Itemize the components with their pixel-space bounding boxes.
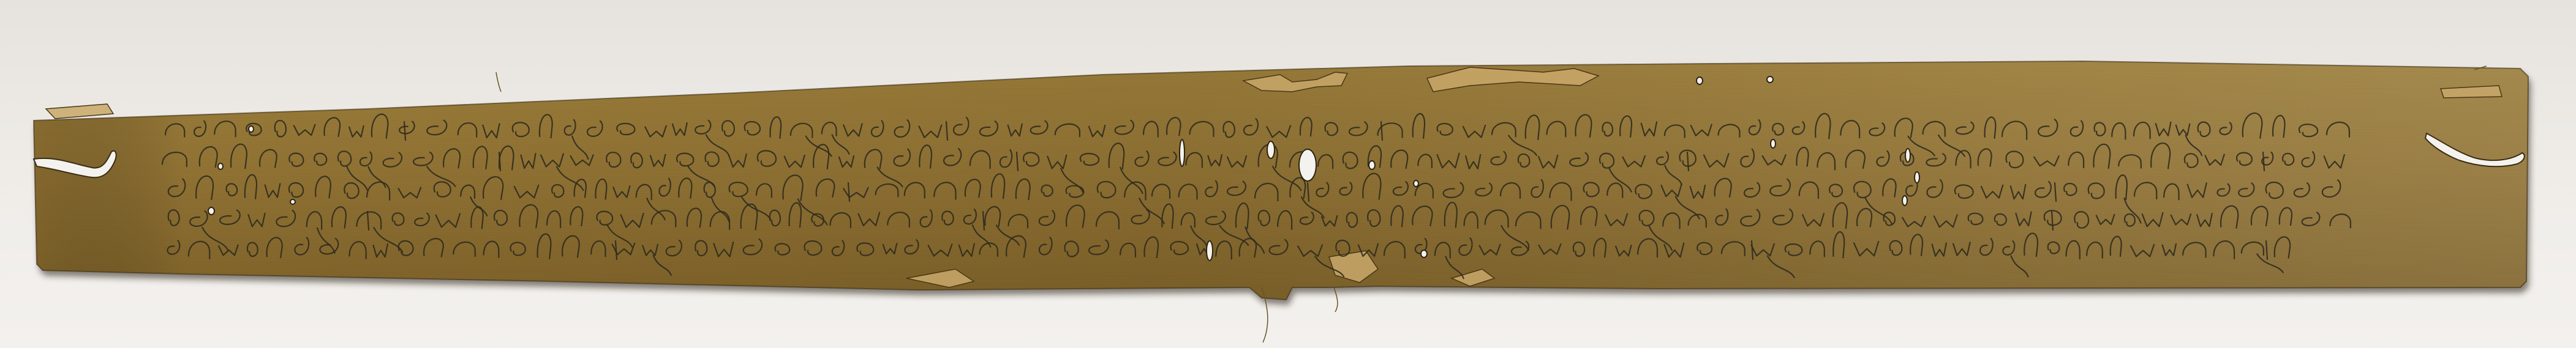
insect-hole [1771,139,1776,148]
insect-hole [1767,76,1773,83]
loose-fiber [496,72,501,92]
insect-hole [218,163,223,169]
insect-hole [1207,241,1213,261]
insect-hole [208,207,214,215]
damage-patch [46,104,113,119]
insect-hole [1421,250,1427,257]
insect-hole [1414,180,1418,187]
insect-hole [1915,172,1919,183]
manuscript-scene [0,0,2576,348]
insect-hole [1697,77,1703,84]
insect-hole [1902,196,1907,205]
insect-hole [1267,141,1275,158]
insect-hole [1180,139,1184,166]
insect-hole [1905,149,1910,162]
insect-hole [1369,161,1375,169]
leaf-tone-overlay [34,61,2528,300]
insect-hole [249,126,254,132]
insect-hole [290,199,295,204]
insect-hole [1299,149,1316,181]
